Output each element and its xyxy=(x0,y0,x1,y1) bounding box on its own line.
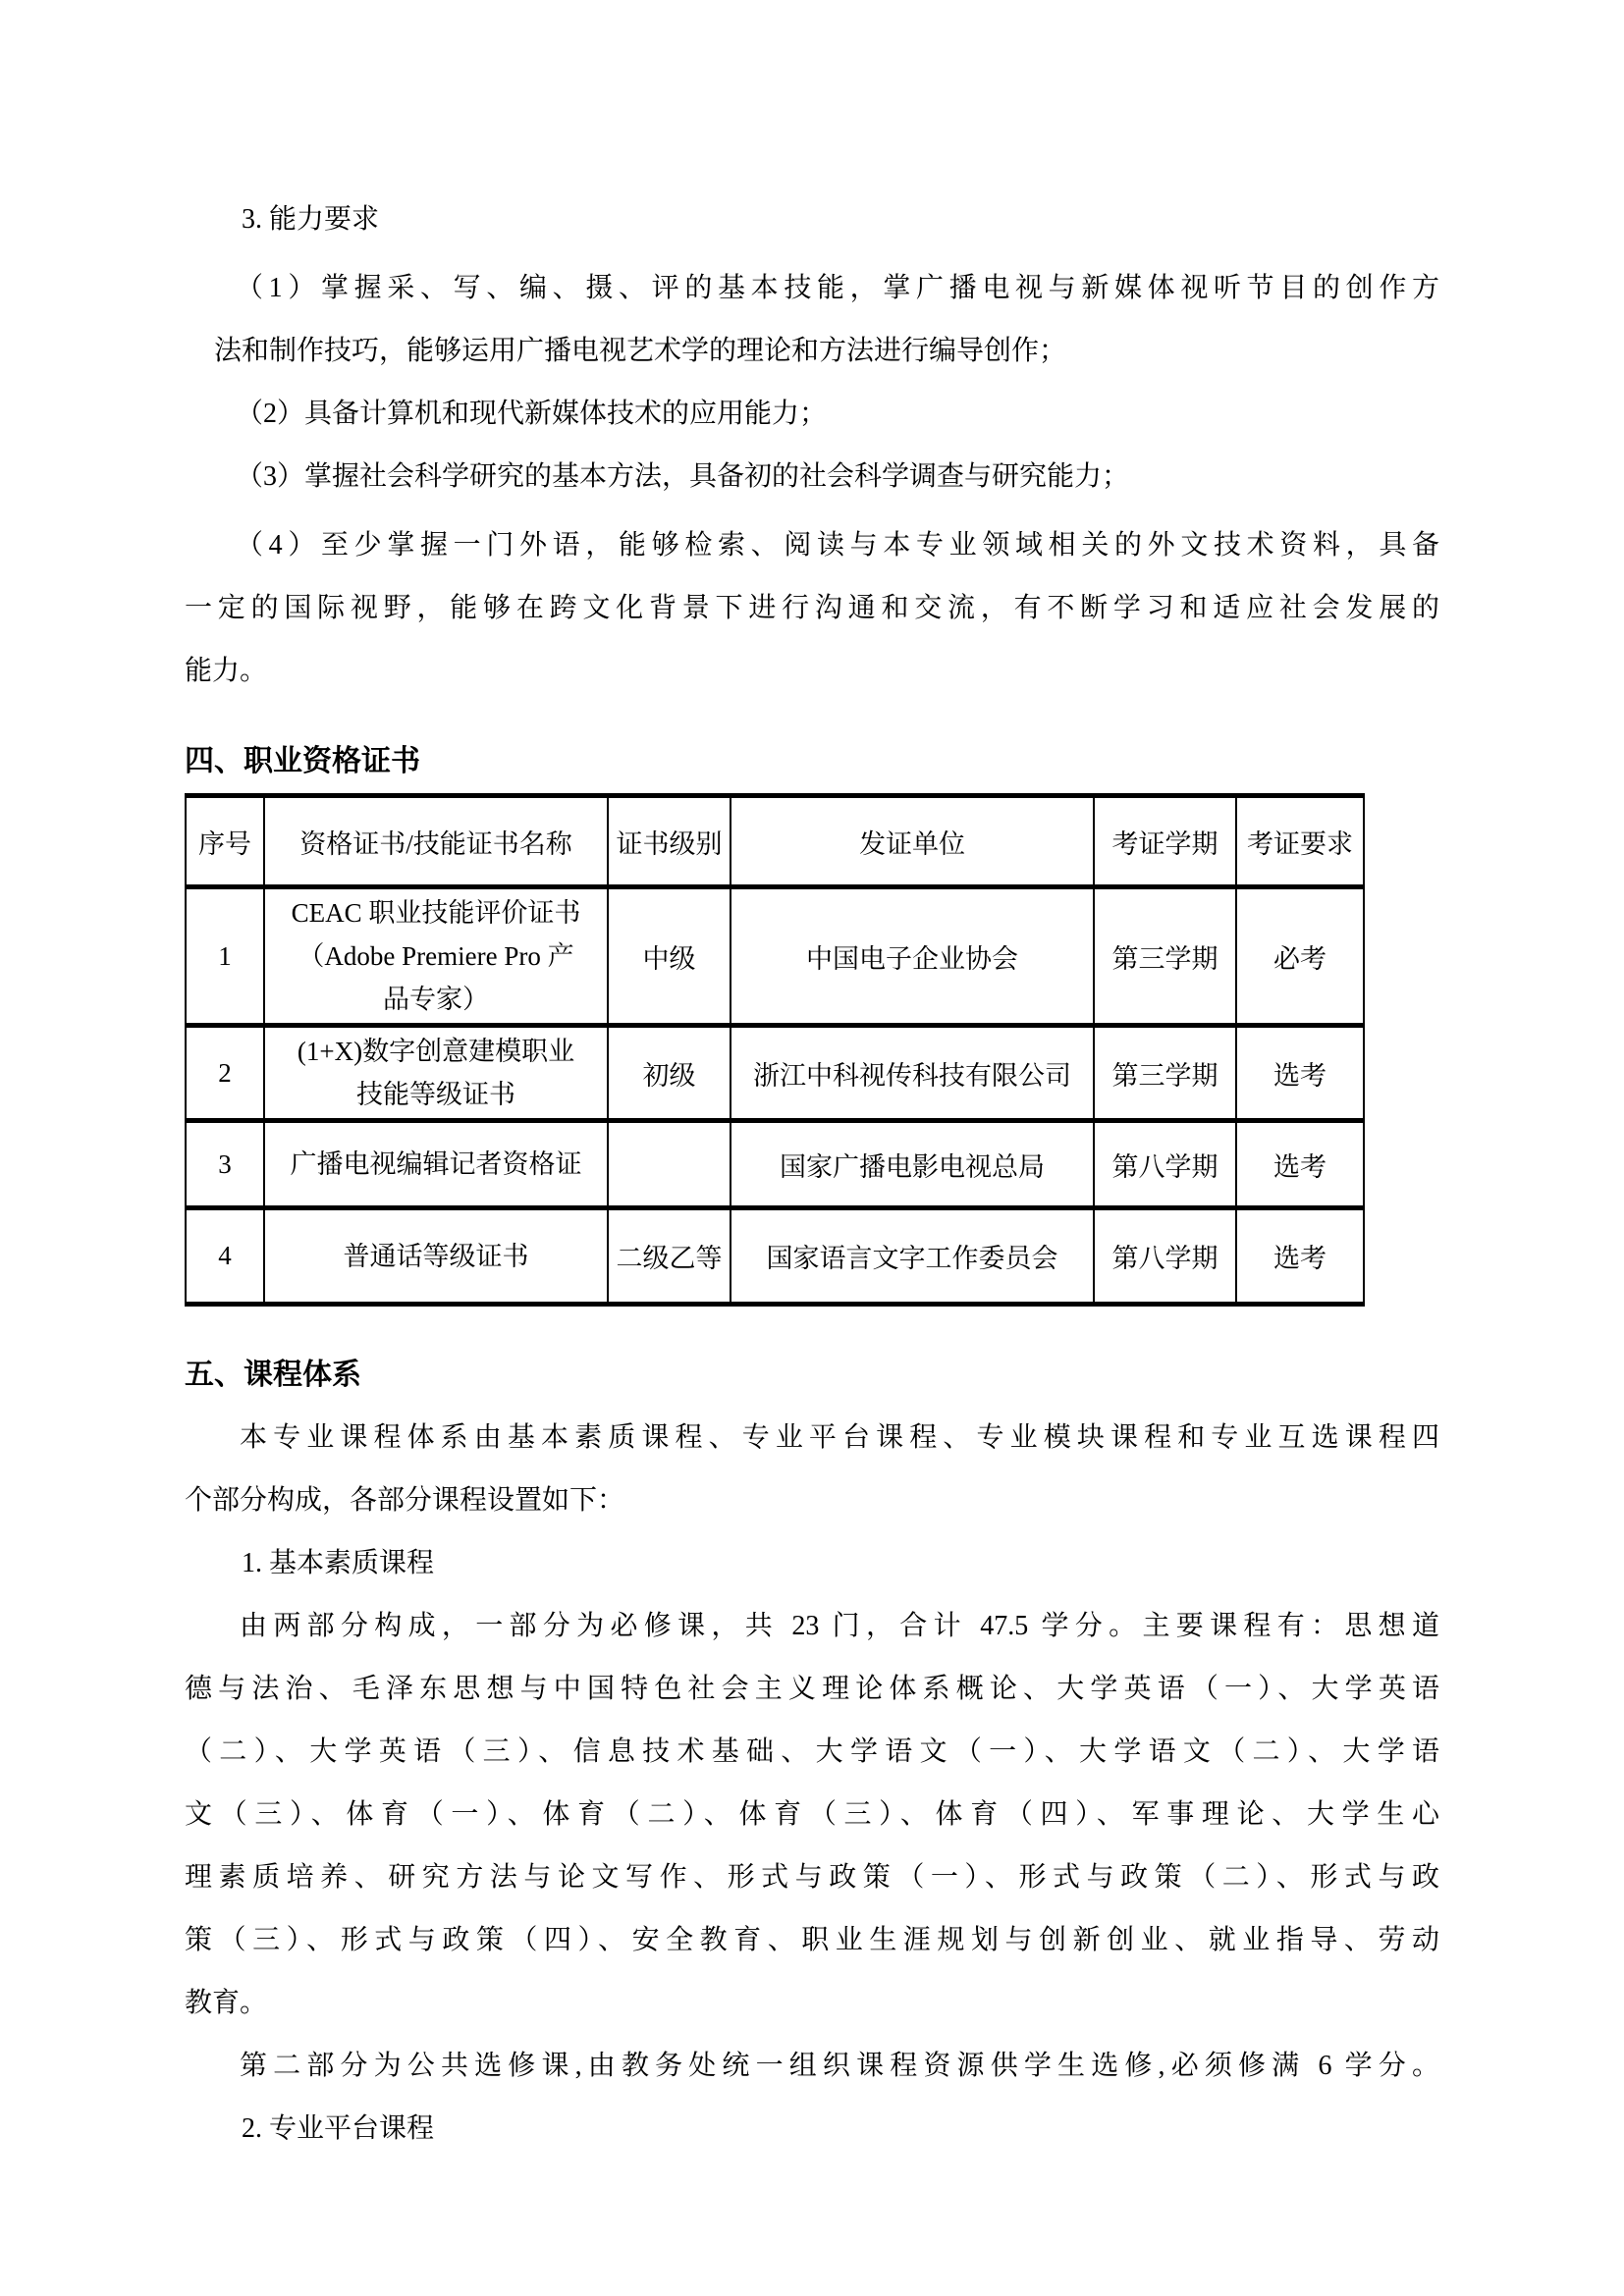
cell-no: 2 xyxy=(186,1026,264,1121)
paragraph-line: 法和制作技巧，能够运用广播电视艺术学的理论和方法进行编导创作； xyxy=(185,320,1439,383)
cell-issuer: 国家广播电影电视总局 xyxy=(731,1121,1094,1208)
curriculum-item1-heading: 1. 基本素质课程 xyxy=(185,1532,1439,1595)
paragraph-line: 理素质培养、研究方法与论文写作、形式与政策（一）、形式与政策（二）、形式与政 xyxy=(185,1846,1439,1909)
cell-name-line: (1+X)数字创意建模职业 xyxy=(271,1030,601,1073)
cell-issuer: 国家语言文字工作委员会 xyxy=(731,1208,1094,1305)
cell-requirement: 必考 xyxy=(1236,887,1364,1026)
table-header-cell-semester: 考证学期 xyxy=(1094,796,1236,887)
table-row: 2 (1+X)数字创意建模职业 技能等级证书 初级 浙江中科视传科技有限公司 第… xyxy=(186,1026,1364,1121)
cell-name-line: 广播电视编辑记者资格证 xyxy=(271,1143,601,1186)
paragraph-line: 德与法治、毛泽东思想与中国特色社会主义理论体系概论、大学英语（一）、大学英语 xyxy=(185,1658,1439,1721)
paragraph-line: （4）至少掌握一门外语，能够检索、阅读与本专业领域相关的外文技术资料，具备 xyxy=(185,514,1439,577)
table-header-cell-no: 序号 xyxy=(186,796,264,887)
cell-semester: 第八学期 xyxy=(1094,1121,1236,1208)
paragraph-line: 策（三）、形式与政策（四）、安全教育、职业生涯规划与创新创业、就业指导、劳动 xyxy=(185,1909,1439,1972)
cell-level: 中级 xyxy=(608,887,731,1026)
cell-level: 初级 xyxy=(608,1026,731,1121)
cell-name: (1+X)数字创意建模职业 技能等级证书 xyxy=(264,1026,608,1121)
table-header-cell-name: 资格证书/技能证书名称 xyxy=(264,796,608,887)
curriculum-item2-heading: 2. 专业平台课程 xyxy=(185,2098,1439,2161)
cell-name-line: CEAC 职业技能评价证书 xyxy=(271,891,601,934)
cell-requirement: 选考 xyxy=(1236,1026,1364,1121)
document-content: 3. 能力要求 （1）掌握采、写、编、摄、评的基本技能，掌广播电视与新媒体视听节… xyxy=(0,188,1624,2161)
cell-level: 二级乙等 xyxy=(608,1208,731,1305)
paragraph-line: 本专业课程体系由基本素质课程、专业平台课程、专业模块课程和专业互选课程四 xyxy=(185,1407,1439,1469)
paragraph-line: （1）掌握采、写、编、摄、评的基本技能，掌广播电视与新媒体视听节目的创作方 xyxy=(185,257,1439,320)
section-heading-curriculum: 五、课程体系 xyxy=(185,1344,1439,1407)
section-heading-certificates: 四、职业资格证书 xyxy=(185,730,1439,793)
paragraph-line: 文（三）、体育（一）、体育（二）、体育（三）、体育（四）、军事理论、大学生心 xyxy=(185,1784,1439,1846)
document-page: 3. 能力要求 （1）掌握采、写、编、摄、评的基本技能，掌广播电视与新媒体视听节… xyxy=(0,0,1624,2296)
cell-issuer: 中国电子企业协会 xyxy=(731,887,1094,1026)
cell-name-line: 品专家） xyxy=(271,978,601,1021)
paragraph-line: （二）、大学英语（三）、信息技术基础、大学语文（一）、大学语文（二）、大学语 xyxy=(185,1721,1439,1784)
table-header-cell-requirement: 考证要求 xyxy=(1236,796,1364,887)
table-header-cell-issuer: 发证单位 xyxy=(731,796,1094,887)
table-row: 4 普通话等级证书 二级乙等 国家语言文字工作委员会 第八学期 选考 xyxy=(186,1208,1364,1305)
cell-semester: 第三学期 xyxy=(1094,1026,1236,1121)
cell-semester: 第八学期 xyxy=(1094,1208,1236,1305)
paragraph-line: 一定的国际视野，能够在跨文化背景下进行沟通和交流，有不断学习和适应社会发展的 xyxy=(185,577,1439,640)
paragraph-line: 第二部分为公共选修课,由教务处统一组织课程资源供学生选修,必须修满 6 学分。 xyxy=(185,2035,1439,2098)
table-row: 3 广播电视编辑记者资格证 国家广播电影电视总局 第八学期 选考 xyxy=(186,1121,1364,1208)
ability-requirements-heading: 3. 能力要求 xyxy=(185,188,1439,251)
cell-requirement: 选考 xyxy=(1236,1208,1364,1305)
cell-no: 3 xyxy=(186,1121,264,1208)
paragraph-line: （3）掌握社会科学研究的基本方法，具备初的社会科学调查与研究能力； xyxy=(185,446,1439,508)
cell-name-line: 普通话等级证书 xyxy=(271,1235,601,1278)
cell-name-line: 技能等级证书 xyxy=(271,1073,601,1116)
cell-issuer: 浙江中科视传科技有限公司 xyxy=(731,1026,1094,1121)
cell-no: 4 xyxy=(186,1208,264,1305)
cell-no: 1 xyxy=(186,887,264,1026)
certificates-table: 序号 资格证书/技能证书名称 证书级别 发证单位 考证学期 考证要求 1 CEA… xyxy=(185,793,1365,1307)
cell-name-line: （Adobe Premiere Pro 产 xyxy=(271,934,601,978)
cell-level xyxy=(608,1121,731,1208)
cell-requirement: 选考 xyxy=(1236,1121,1364,1208)
cell-name: 普通话等级证书 xyxy=(264,1208,608,1305)
paragraph-line: 能力。 xyxy=(185,640,1439,703)
table-row: 1 CEAC 职业技能评价证书 （Adobe Premiere Pro 产 品专… xyxy=(186,887,1364,1026)
paragraph-line: 教育。 xyxy=(185,1972,1439,2035)
cell-name: 广播电视编辑记者资格证 xyxy=(264,1121,608,1208)
paragraph-line: 个部分构成，各部分课程设置如下： xyxy=(185,1469,1439,1532)
table-header-cell-level: 证书级别 xyxy=(608,796,731,887)
paragraph-line: （2）具备计算机和现代新媒体技术的应用能力； xyxy=(185,383,1439,446)
cell-semester: 第三学期 xyxy=(1094,887,1236,1026)
paragraph-line: 由两部分构成，一部分为必修课，共 23 门，合计 47.5 学分。主要课程有：思… xyxy=(185,1595,1439,1658)
table-header-row: 序号 资格证书/技能证书名称 证书级别 发证单位 考证学期 考证要求 xyxy=(186,796,1364,887)
cell-name: CEAC 职业技能评价证书 （Adobe Premiere Pro 产 品专家） xyxy=(264,887,608,1026)
